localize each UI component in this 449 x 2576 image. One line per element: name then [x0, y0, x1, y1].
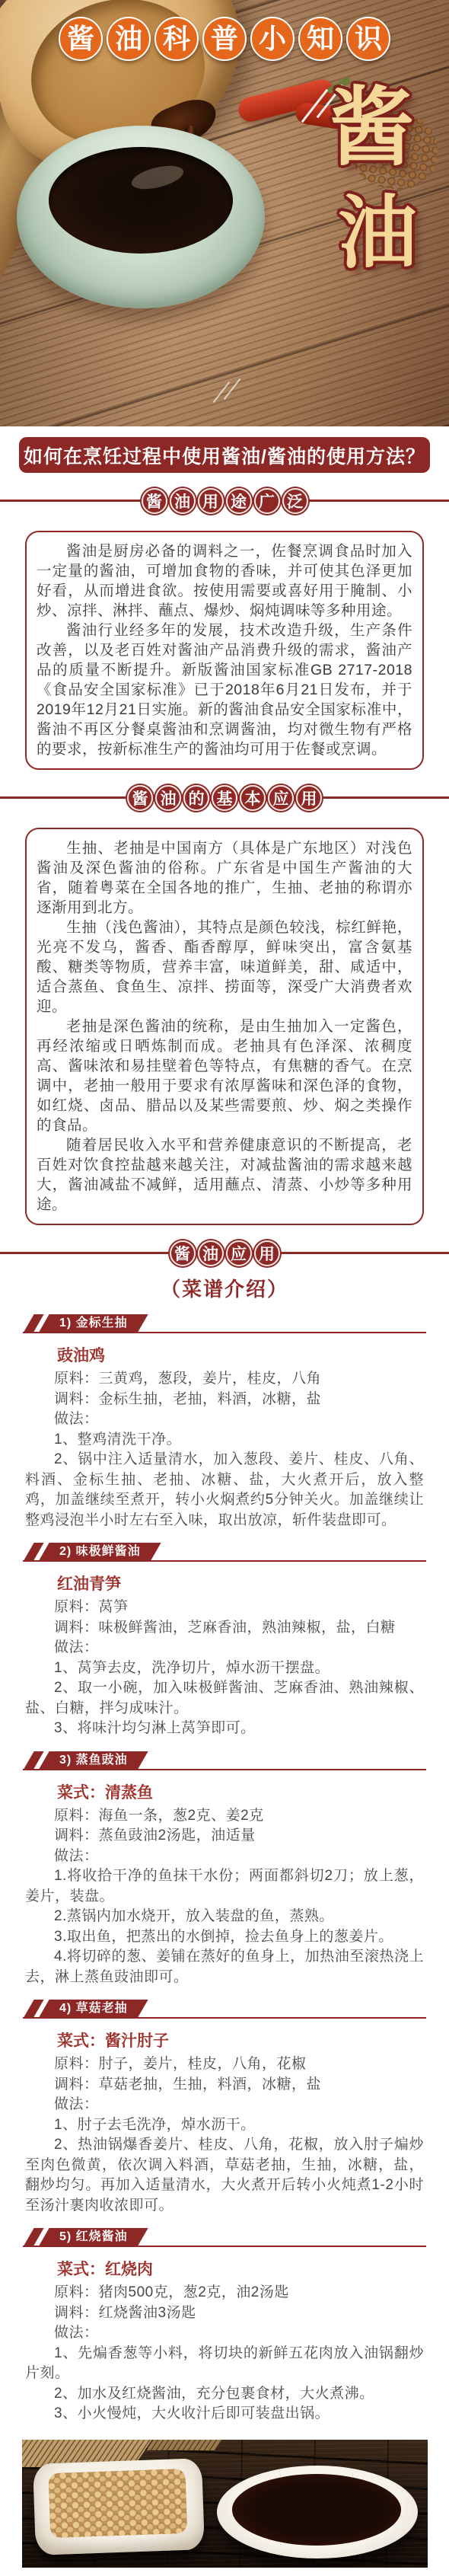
recipe-line: 4.将切碎的葱、姜铺在蒸好的鱼身上，加热油至滚热浇上去，淋上蒸鱼豉油即可。: [25, 1947, 424, 1987]
title-circle: 本: [240, 785, 266, 811]
recipe-3: 3) 蒸鱼豉油 菜式：清蒸鱼 原料：海鱼一条，葱2克、姜2克 调料：蒸鱼豉油2汤…: [0, 1751, 449, 1988]
basics-text-box: 生抽、老抽是中国南方（具体是广东地区）对浅色酱油及深色酱油的俗称。广东省是中国生…: [25, 828, 424, 1225]
recipe-4: 4) 草菇老抽 菜式：酱汁肘子 原料：肘子，姜片，桂皮，八角，花椒 调料：草菇老…: [0, 2000, 449, 2216]
recipe-line: 3、小火慢炖，大火收汁后即可装盘出锅。: [25, 2404, 424, 2424]
title-circle: 广: [254, 488, 280, 514]
recipe-line: 调料：金标生抽，老抽，料酒，冰糖，盐: [25, 1390, 424, 1410]
recipe-5-ribbon: 5) 红烧酱油: [23, 2228, 426, 2247]
title-circle: 应: [226, 1240, 252, 1266]
ribbon-bar: 3) 蒸鱼豉油: [39, 1751, 148, 1769]
title-badge: 酱: [59, 17, 103, 61]
recipe-line: 1、肘子去毛洗净，焯水沥干。: [25, 2115, 424, 2136]
title-badges: 酱 油 科 普 小 知 识: [0, 17, 449, 61]
badge-char: 科: [163, 25, 190, 53]
title-circle: 应: [268, 785, 294, 811]
title-circle: 用: [198, 488, 224, 514]
recipe-line: 原料：猪肉500克，葱2克，油2汤匙: [25, 2283, 424, 2303]
calligraphy-char-you: 油: [338, 193, 417, 273]
ribbon-bar: 4) 草菇老抽: [39, 2000, 148, 2017]
title-circle: 途: [226, 488, 252, 514]
soy-sauce-bowl: [17, 126, 265, 308]
soybeans: [48, 2468, 187, 2537]
recipe-2-ribbon: 2) 味极鲜酱油: [23, 1543, 426, 1562]
title-circle: 用: [296, 785, 322, 811]
title-badge: 科: [154, 17, 199, 61]
recipe-line: 做法：: [25, 1638, 424, 1658]
recipe-5: 5) 红烧酱油 菜式：红烧肉 原料：猪肉500克，葱2克，油2汤匙 调料：红烧酱…: [0, 2228, 449, 2424]
title-badge: 识: [346, 17, 390, 61]
section-title-circles: 酱 油 的 基 本 应 用: [127, 785, 322, 811]
plate-sauce-pool: [232, 2474, 401, 2546]
soybean-dish: [32, 2458, 204, 2555]
recipe-line: 调料：红烧酱油3汤匙: [25, 2303, 424, 2324]
recipe-1-ribbon: 1) 金标生抽: [23, 1314, 426, 1333]
badge-char: 知: [307, 25, 334, 53]
badge-char: 酱: [67, 25, 94, 53]
ribbon-bar: 1) 金标生抽: [39, 1314, 148, 1332]
recipe-label: 2) 味极鲜酱油: [59, 1543, 141, 1560]
recipe-label: 3) 蒸鱼豉油: [59, 1751, 128, 1769]
paragraph: 生抽、老抽是中国南方（具体是广东地区）对浅色酱油及深色酱油的俗称。广东省是中国生…: [37, 838, 412, 918]
recipe-label: 1) 金标生抽: [59, 1314, 128, 1332]
title-circle: 酱: [127, 785, 153, 811]
recipe-line: 2、锅中注入适量清水，加入葱段、姜片、桂皮、八角、料酒、金标生抽、老抽、冰糖、盐…: [25, 1450, 424, 1531]
recipe-line: 做法：: [25, 1847, 424, 1867]
title-circle: 基: [212, 785, 237, 811]
recipe-line: 2、热油锅爆香姜片、桂皮、八角，花椒，放入肘子煸炒至肉色微黄，依次调入料酒，草菇…: [25, 2135, 424, 2216]
title-circle: 的: [183, 785, 209, 811]
title-circle: 泛: [282, 488, 308, 514]
recipe-line: 2、取一小碗，加入味极鲜酱油、芝麻香油、熟油辣椒、盐、白糖，拌匀成味汁。: [25, 1678, 424, 1719]
question-banner: 如何在烹饪过程中使用酱油/酱油的使用方法？: [19, 437, 430, 473]
recipe-label: 4) 草菇老抽: [59, 2000, 128, 2017]
recipe-line: 调料：蒸鱼豉油2汤匙，油适量: [25, 1826, 424, 1847]
soy-sauce-plate: [217, 2466, 418, 2558]
section-title-circles: 酱 油 应 用: [170, 1240, 280, 1266]
recipe-line: 原料：海鱼一条，葱2克、姜2克: [25, 1806, 424, 1827]
recipe-line: 原料：莴笋: [25, 1598, 424, 1618]
ribbon-bar: 2) 味极鲜酱油: [39, 1543, 161, 1560]
bowl-sauce-pool: [49, 147, 233, 254]
recipe-line: 做法：: [25, 2323, 424, 2344]
paragraph: 老抽是深色酱油的统称，是由生抽加入一定酱色，再经浓缩或日晒炼制而成。老抽具有色泽…: [37, 1017, 412, 1135]
recipe-4-ribbon: 4) 草菇老抽: [23, 2000, 426, 2019]
recipe-line: 做法：: [25, 2095, 424, 2115]
title-badge: 小: [250, 17, 295, 61]
recipe-1-body: 豉油鸡 原料：三黄鸡，葱段，姜片，桂皮，八角 调料：金标生抽，老抽，料酒，冰糖，…: [25, 1345, 424, 1531]
recipe-3-body: 菜式：清蒸鱼 原料：海鱼一条，葱2克、姜2克 调料：蒸鱼豉油2汤匙，油适量 做法…: [25, 1783, 424, 1988]
title-circle: 用: [254, 1240, 280, 1266]
hero-photo: 酱 油 科 普 小 知 识 酱 油: [0, 0, 449, 426]
recipe-line: 做法：: [25, 1409, 424, 1430]
recipe-line: 2、加水及红烧酱油，充分包裹食材，大火煮沸。: [25, 2384, 424, 2405]
section-header-recipes: 酱 油 应 用: [0, 1239, 449, 1268]
recipe-line: 1、莴笋去皮，洗净切片，焯水沥干摆盘。: [25, 1658, 424, 1679]
poster-content: 如何在烹饪过程中使用酱油/酱油的使用方法？ 酱 油 用 途 广 泛 酱油是厨房必…: [0, 426, 449, 2424]
recipes-subtitle: （菜谱介绍）: [0, 1274, 449, 1302]
recipe-3-ribbon: 3) 蒸鱼豉油: [23, 1751, 426, 1770]
badge-char: 小: [259, 25, 286, 53]
title-badge: 油: [107, 17, 151, 61]
recipe-5-body: 菜式：红烧肉 原料：猪肉500克，葱2克，油2汤匙 调料：红烧酱油3汤匙 做法：…: [25, 2259, 424, 2424]
section-title-circles: 酱 油 用 途 广 泛: [142, 488, 308, 514]
bamboo-mat: [146, 2440, 221, 2450]
dish-title: 红油青笋: [25, 1574, 424, 1595]
badge-char: 普: [211, 25, 238, 53]
recipe-line: 1、整鸡清洗干净。: [25, 1430, 424, 1451]
recipe-line: 3.取出鱼，把蒸出的水倒掉，捡去鱼身上的葱姜片。: [25, 1927, 424, 1948]
poster-page: 酱 油 科 普 小 知 识 酱 油 如何在烹饪过程中使用酱油/酱油的使用方法？ …: [0, 0, 449, 2576]
calligraphy-char-jiang: 酱: [329, 85, 414, 171]
ribbon-bar: 5) 红烧酱油: [39, 2228, 148, 2246]
recipe-line: 1.将收拾干净的鱼抹干水份；两面都斜切2刀；放上葱，姜片，装盘。: [25, 1866, 424, 1907]
title-circle: 油: [198, 1240, 224, 1266]
title-circle: 酱: [170, 1240, 196, 1266]
recipe-4-body: 菜式：酱汁肘子 原料：肘子，姜片，桂皮，八角，花椒 调料：草菇老抽，生抽，料酒，…: [25, 2031, 424, 2216]
recipe-2: 2) 味极鲜酱油 红油青笋 原料：莴笋 调料：味极鲜酱油，芝麻香油，熟油辣椒，盐…: [0, 1543, 449, 1739]
recipe-label: 5) 红烧酱油: [59, 2228, 128, 2246]
recipe-line: 3、将味汁均匀淋上莴笋即可。: [25, 1719, 424, 1739]
dish-title: 菜式：清蒸鱼: [25, 1783, 424, 1804]
recipe-line: 2.蒸锅内加水烧开，放入装盘的鱼，蒸熟。: [25, 1907, 424, 1927]
section-header-basics: 酱 油 的 基 本 应 用: [0, 784, 449, 812]
title-circle: 酱: [142, 488, 167, 514]
uses-text-box: 酱油是厨房必备的调料之一，佐餐烹调食品时加入一定量的酱油，可增加食物的香味，并可…: [25, 531, 424, 770]
badge-char: 油: [115, 25, 142, 53]
section-header-uses: 酱 油 用 途 广 泛: [0, 487, 449, 516]
paragraph: 酱油行业经多年的发展，技术改造升级，生产条件改善，以及老百姓对酱油产品消费升级的…: [37, 621, 412, 759]
dish-title: 菜式：红烧肉: [25, 2259, 424, 2281]
dish-title: 菜式：酱汁肘子: [25, 2031, 424, 2052]
title-badge: 知: [298, 17, 342, 61]
recipe-1: 1) 金标生抽 豉油鸡 原料：三黄鸡，葱段，姜片，桂皮，八角 调料：金标生抽，老…: [0, 1314, 449, 1531]
paragraph: 随着居民收入水平和营养健康意识的不断提高，老百姓对饮食控盐越来越关注，对减盐酱油…: [37, 1135, 412, 1215]
recipe-line: 原料：三黄鸡，葱段，姜片，桂皮，八角: [25, 1369, 424, 1390]
title-circle: 油: [170, 488, 196, 514]
recipe-2-body: 红油青笋 原料：莴笋 调料：味极鲜酱油，芝麻香油，熟油辣椒，盐，白糖 做法： 1…: [25, 1574, 424, 1739]
recipe-line: 调料：草菇老抽，生抽，料酒，冰糖，盐: [25, 2075, 424, 2096]
title-badge: 普: [202, 17, 247, 61]
paragraph: 生抽（浅色酱油），其特点是颜色较浅，棕红鲜艳，光亮不发乌，酱香、酯香醇厚，鲜味突…: [37, 918, 412, 1017]
badge-char: 识: [355, 25, 382, 53]
recipe-line: 调料：味极鲜酱油，芝麻香油，熟油辣椒，盐，白糖: [25, 1618, 424, 1639]
dish-title: 豉油鸡: [25, 1345, 424, 1367]
paragraph: 酱油是厨房必备的调料之一，佐餐烹调食品时加入一定量的酱油，可增加食物的香味，并可…: [37, 541, 412, 621]
recipe-line: 原料：肘子，姜片，桂皮，八角，花椒: [25, 2054, 424, 2075]
footer-photo: [22, 2440, 428, 2568]
recipe-line: 1、先煸香葱等小料，将切块的新鲜五花肉放入油锅翻炒片刻。: [25, 2344, 424, 2384]
title-circle: 油: [155, 785, 181, 811]
